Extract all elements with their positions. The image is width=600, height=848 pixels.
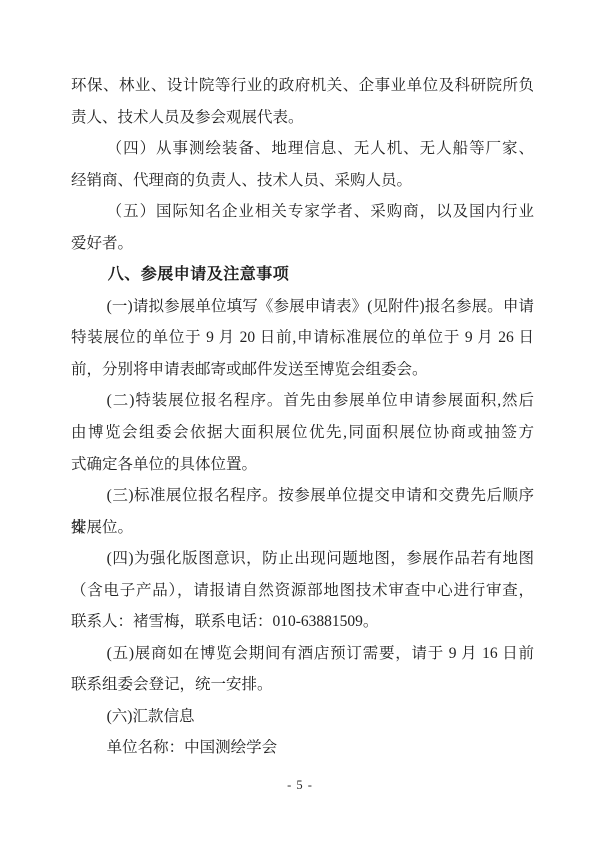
text-line: 单位名称：中国测绘学会 — [71, 732, 534, 764]
text-line: 联系组委会登记，统一安排。 — [71, 669, 534, 701]
text-line: 爱好者。 — [71, 228, 534, 260]
text-line: 式确定各单位的具体位置。 — [71, 449, 534, 481]
text-line: (五)展商如在博览会期间有酒店预订需要，请于 9 月 16 日前 — [71, 638, 534, 670]
text-line: (六)汇款信息 — [71, 701, 534, 733]
text-line: (一)请拟参展单位填写《参展申请表》(见附件)报名参展。申请 — [71, 291, 534, 323]
text-line: 联系人：褚雪梅，联系电话：010-63881509。 — [71, 606, 534, 638]
text-line: (二)特装展位报名程序。首先由参展单位申请参展面积,然后 — [71, 385, 534, 417]
text-line: 排展位。 — [71, 512, 534, 544]
text-line: 前，分别将申请表邮寄或邮件发送至博览会组委会。 — [71, 354, 534, 386]
page-number: - 5 - — [0, 778, 600, 793]
document-body: 环保、林业、设计院等行业的政府机关、企事业单位及科研院所负 责人、技术人员及参会… — [71, 70, 534, 764]
text-line: (四)为强化版图意识，防止出现问题地图，参展作品若有地图 — [71, 543, 534, 575]
document-page: 环保、林业、设计院等行业的政府机关、企事业单位及科研院所负 责人、技术人员及参会… — [0, 0, 600, 848]
text-line: 特装展位的单位于 9 月 20 日前,申请标准展位的单位于 9 月 26 日 — [71, 322, 534, 354]
text-line: 经销商、代理商的负责人、技术人员、采购人员。 — [71, 165, 534, 197]
text-line: （含电子产品），请报请自然资源部地图技术审查中心进行审查， — [71, 575, 534, 607]
text-line: 责人、技术人员及参会观展代表。 — [71, 102, 534, 134]
text-line: 由博览会组委会依据大面积展位优先,同面积展位协商或抽签方 — [71, 417, 534, 449]
text-line: (三)标准展位报名程序。按参展单位提交申请和交费先后顺序安 — [71, 480, 534, 512]
text-line: （四）从事测绘装备、地理信息、无人机、无人船等厂家、 — [71, 133, 534, 165]
text-line: （五）国际知名企业相关专家学者、采购商，以及国内行业 — [71, 196, 534, 228]
text-line: 环保、林业、设计院等行业的政府机关、企事业单位及科研院所负 — [71, 70, 534, 102]
section-heading: 八、参展申请及注意事项 — [71, 259, 534, 291]
